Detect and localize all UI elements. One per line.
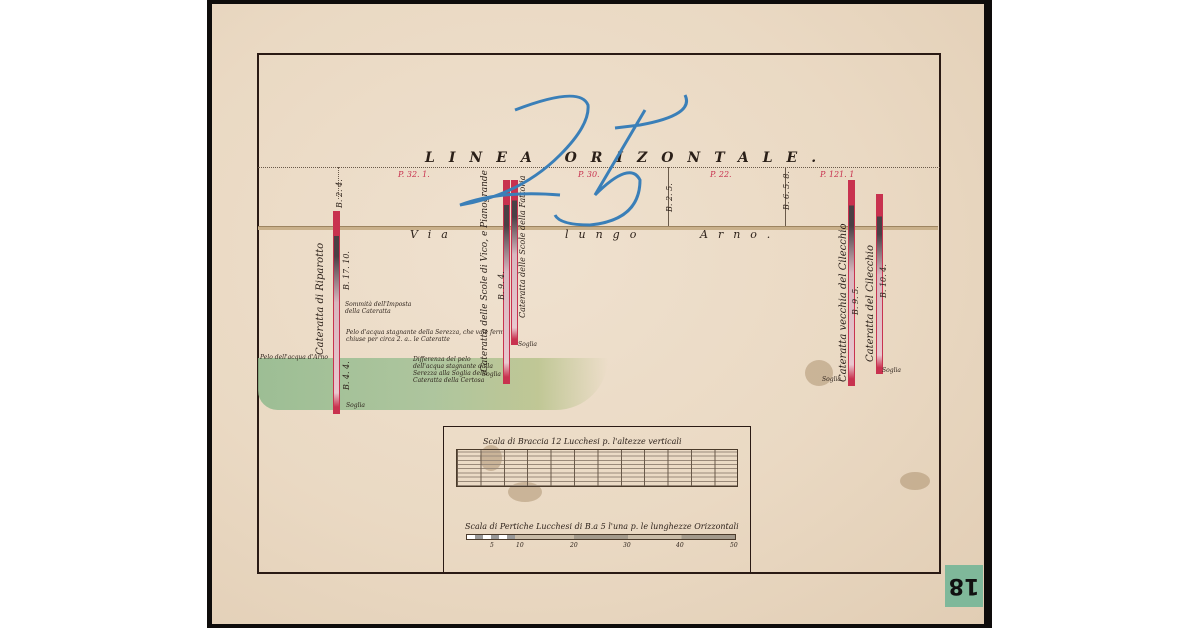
column-mid-label: B. 9. 4.	[497, 271, 506, 300]
note-pelo-arno: Pelo dell'acqua d'Arno	[260, 354, 328, 361]
note-sommita: Sommità dell'Imposta della Cateratta	[345, 301, 425, 315]
column-mid-label: B. 9. 5.	[851, 286, 860, 315]
column-label: Cateratta del Cilecchio	[865, 245, 876, 362]
note-pelo-stagnante: Pelo d'acqua stagnante della Serezza, ch…	[346, 329, 526, 343]
column-label: Cateratta vecchia del Cilecchio	[838, 223, 849, 382]
catalog-stamp: 18	[945, 565, 983, 607]
note-soglia: Soglia	[882, 367, 901, 374]
column-top-label: B. 2. 4.	[335, 179, 344, 208]
segment-label: P. 32. 1.	[398, 170, 430, 179]
horizontal-scale-title: Scala di Pertiche Lucchesi di B.a 5 l'un…	[465, 522, 739, 531]
vertical-mark: B. 6. 5. 8.	[782, 171, 791, 210]
scale-tick: 10	[516, 542, 524, 549]
note-soglia: Soglia	[346, 402, 365, 409]
column-label: Cateratta di Riparotto	[315, 243, 326, 355]
scale-tick: 40	[676, 542, 684, 549]
vertical-scale-grid	[456, 449, 738, 487]
cateratta-vecchia-cilecchio-column	[848, 180, 855, 386]
note-soglia: Soglia	[518, 341, 537, 348]
note-soglia: Soglia	[822, 376, 841, 383]
scale-tick: 5	[490, 542, 494, 549]
column-mid-label: B. 17. 10.	[342, 251, 351, 290]
horizontal-scale-bar	[466, 534, 736, 540]
scale-tick: 30	[623, 542, 631, 549]
scale-tick: 20	[570, 542, 578, 549]
blue-pencil-number-25	[440, 85, 730, 255]
segment-label: P. 121. 1	[820, 170, 854, 179]
scale-tick: 50	[730, 542, 738, 549]
column-lower-label: B. 4. 4.	[342, 361, 351, 390]
note-soglia: Soglia	[482, 371, 501, 378]
vertical-scale-title: Scala di Braccia 12 Lucchesi p. l'altezz…	[483, 437, 682, 446]
cateratta-riparotto-column	[333, 211, 340, 414]
column-mid-label: B. 10. 4.	[879, 264, 888, 298]
